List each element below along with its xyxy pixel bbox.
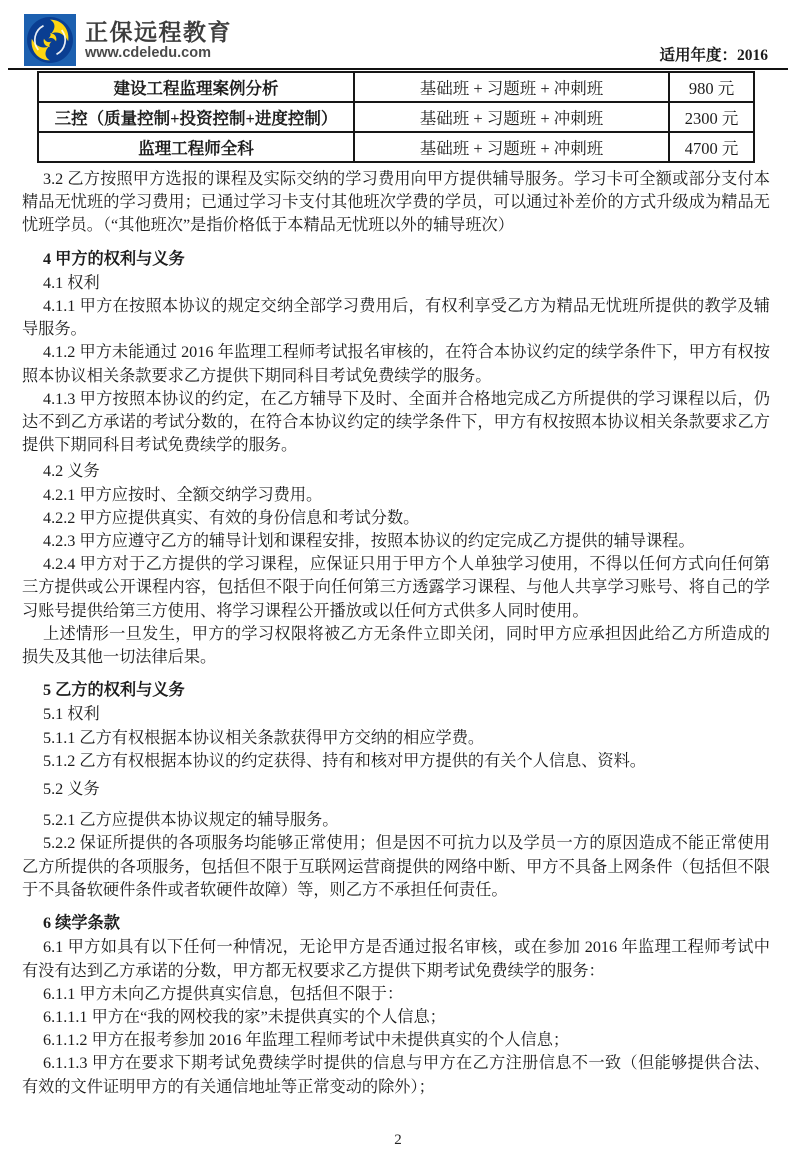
clause-6-1-1-1: 6.1.1.1 甲方在“我的网校我的家”未提供真实的个人信息； — [22, 1006, 770, 1029]
table-row: 建设工程监理案例分析 基础班 + 习题班 + 冲刺班 980 元 — [38, 72, 754, 102]
header-divider — [8, 68, 788, 70]
clause-5-1-2: 5.1.2 乙方有权根据本协议的约定获得、持有和核对甲方提供的有关个人信息、资料… — [22, 750, 770, 773]
clause-4-1-1: 4.1.1 甲方在按照本协议的规定交纳全部学习费用后，有权利享受乙方为精品无忧班… — [22, 295, 770, 341]
price-table: 建设工程监理案例分析 基础班 + 习题班 + 冲刺班 980 元 三控（质量控制… — [37, 71, 755, 163]
course-name-cell: 建设工程监理案例分析 — [38, 72, 354, 102]
clause-5-2-2: 5.2.2 保证所提供的各项服务均能够正常使用；但是因不可抗力以及学员一方的原因… — [22, 832, 770, 902]
table-row: 监理工程师全科 基础班 + 习题班 + 冲刺班 4700 元 — [38, 132, 754, 162]
clause-6-1: 6.1 甲方如具有以下任何一种情况，无论甲方是否通过报名审核，或在参加 2016… — [22, 936, 770, 982]
page-header: 正保远程教育 www.cdeledu.com 适用年度：2016 — [0, 0, 796, 68]
brand-url: www.cdeledu.com — [85, 45, 232, 62]
section-6-heading: 6 续学条款 — [22, 912, 770, 935]
table-row: 三控（质量控制+投资控制+进度控制） 基础班 + 习题班 + 冲刺班 2300 … — [38, 102, 754, 132]
clause-4-2-4-note: 上述情形一旦发生，甲方的学习权限将被乙方无条件立即关闭，同时甲方应承担因此给乙方… — [22, 623, 770, 669]
page-number: 2 — [0, 1132, 796, 1149]
clause-5-2-1: 5.2.1 乙方应提供本协议规定的辅导服务。 — [22, 809, 770, 832]
section-5-heading: 5 乙方的权利与义务 — [22, 679, 770, 702]
price-cell: 980 元 — [669, 72, 754, 102]
clause-5-1-1: 5.1.1 乙方有权根据本协议相关条款获得甲方交纳的相应学费。 — [22, 727, 770, 750]
class-package-cell: 基础班 + 习题班 + 冲刺班 — [354, 132, 669, 162]
clause-3-2: 3.2 乙方按照甲方选报的课程及实际交纳的学习费用向甲方提供辅导服务。学习卡可全… — [22, 168, 770, 238]
clause-4-2-3: 4.2.3 甲方应遵守乙方的辅导计划和课程安排，按照本协议的约定完成乙方提供的辅… — [22, 530, 770, 553]
clause-4-2-1: 4.2.1 甲方应按时、全额交纳学习费用。 — [22, 484, 770, 507]
clause-5-1: 5.1 权利 — [22, 703, 770, 726]
brand-name: 正保远程教育 — [85, 19, 232, 45]
brand-text: 正保远程教育 www.cdeledu.com — [85, 19, 232, 62]
applicable-year-label: 适用年度：2016 — [659, 43, 768, 66]
price-cell: 4700 元 — [669, 132, 754, 162]
clause-6-1-1-2: 6.1.1.2 甲方在报考参加 2016 年监理工程师考试中未提供真实的个人信息… — [22, 1029, 770, 1052]
class-package-cell: 基础班 + 习题班 + 冲刺班 — [354, 102, 669, 132]
contract-body: 3.2 乙方按照甲方选报的课程及实际交纳的学习费用向甲方提供辅导服务。学习卡可全… — [22, 168, 770, 1099]
section-4-heading: 4 甲方的权利与义务 — [22, 248, 770, 271]
clause-4-2-4: 4.2.4 甲方对于乙方提供的学习课程，应保证只用于甲方个人单独学习使用，不得以… — [22, 553, 770, 623]
class-package-cell: 基础班 + 习题班 + 冲刺班 — [354, 72, 669, 102]
clause-4-2-2: 4.2.2 甲方应提供真实、有效的身份信息和考试分数。 — [22, 507, 770, 530]
clause-5-2: 5.2 义务 — [22, 778, 770, 801]
clause-4-1-3: 4.1.3 甲方按照本协议的约定，在乙方辅导下及时、全面并合格地完成乙方所提供的… — [22, 388, 770, 458]
clause-6-1-1: 6.1.1 甲方未向乙方提供真实信息，包括但不限于： — [22, 983, 770, 1006]
document-page: 正保远程教育 www.cdeledu.com 适用年度：2016 建设工程监理案… — [0, 0, 796, 1165]
clause-6-1-1-3: 6.1.1.3 甲方在要求下期考试免费续学时提供的信息与甲方在乙方注册信息不一致… — [22, 1052, 770, 1098]
course-name-cell: 监理工程师全科 — [38, 132, 354, 162]
price-cell: 2300 元 — [669, 102, 754, 132]
course-name-cell: 三控（质量控制+投资控制+进度控制） — [38, 102, 354, 132]
clause-4-1: 4.1 权利 — [22, 272, 770, 295]
clause-4-1-2: 4.1.2 甲方未能通过 2016 年监理工程师考试报名审核的，在符合本协议约定… — [22, 341, 770, 387]
clause-4-2: 4.2 义务 — [22, 460, 770, 483]
brand-logo-icon — [24, 14, 76, 66]
brand: 正保远程教育 www.cdeledu.com — [24, 14, 232, 66]
